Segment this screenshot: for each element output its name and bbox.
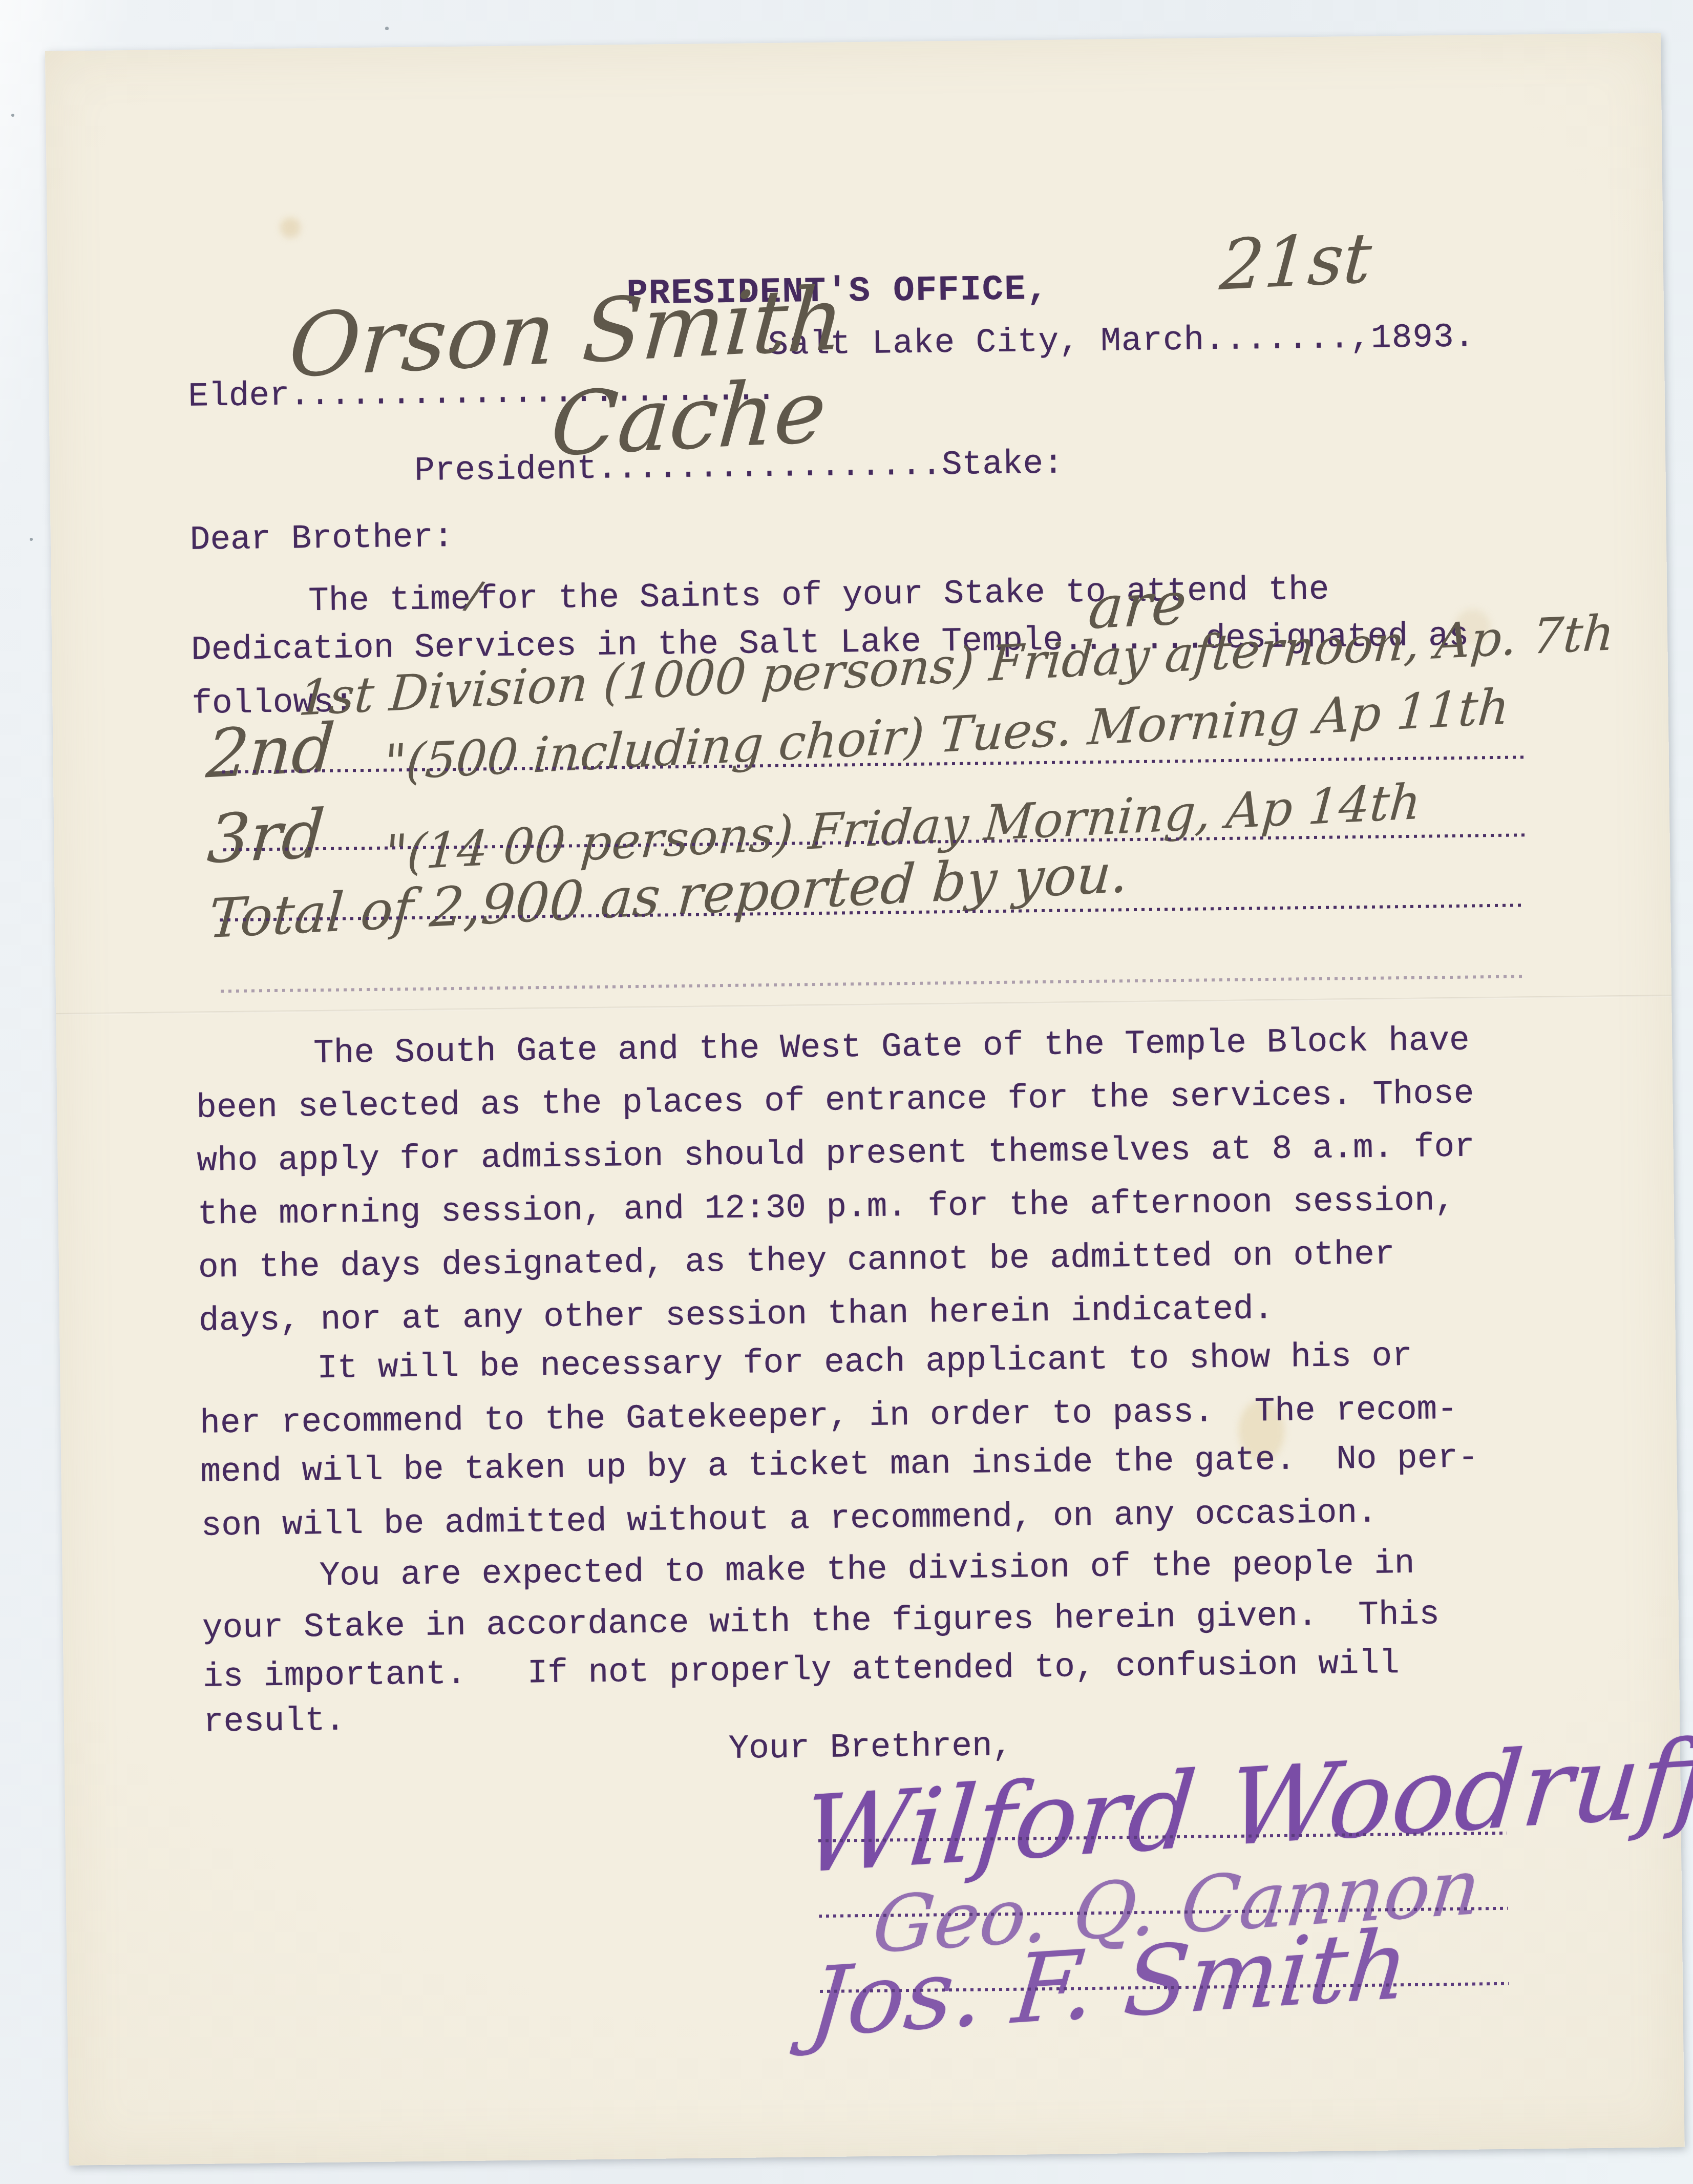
dateline-dots: .......	[1204, 319, 1350, 359]
handwritten-division-3-ordinal: 3rd	[205, 794, 327, 878]
body-p1-line: been selected as the places of entrance …	[196, 1074, 1474, 1127]
fold-crease	[56, 995, 1671, 1015]
letter-page: PRESIDENT'S OFFICE, Salt Lake City, Marc…	[45, 33, 1685, 2166]
closing: Your Brethren,	[728, 1727, 1012, 1769]
body-p1-line: days, nor at any other session than here…	[199, 1290, 1274, 1341]
body-p2-line: son will be admitted without a recommend…	[201, 1494, 1378, 1546]
paper-stain	[280, 217, 301, 238]
body-p1-line: who apply for admission should present t…	[197, 1127, 1475, 1181]
body-p1-line: the morning session, and 12:30 p.m. for …	[197, 1181, 1455, 1234]
body-p2-line: mend will be taken up by a ticket man in…	[200, 1438, 1478, 1492]
body-p3-line: You are expected to make the division of…	[319, 1544, 1414, 1595]
dust-speck	[30, 538, 33, 541]
body-p3-line: result.	[203, 1702, 346, 1742]
dateline: Salt Lake City, March.......,1893.	[768, 318, 1475, 365]
salutation: Dear Brother:	[189, 518, 454, 560]
body-p2-line: It will be necessary for each applicant …	[317, 1337, 1412, 1388]
body-p3-line: your Stake in accordance with the figure…	[202, 1595, 1440, 1648]
intro-line-1-pre: The time	[308, 580, 471, 621]
body-p1-line: The South Gate and the West Gate of the …	[313, 1021, 1470, 1073]
body-p1-line: on the days designated, as they cannot b…	[198, 1235, 1395, 1287]
scanned-letter-canvas: PRESIDENT'S OFFICE, Salt Lake City, Marc…	[0, 0, 1693, 2184]
dotted-divider-rule	[221, 975, 1524, 993]
dust-speck	[385, 27, 389, 30]
dateline-year: ,1893.	[1350, 318, 1475, 358]
handwritten-stake-name: Cache	[547, 361, 830, 476]
intro-line-1-post: for the Saints of your Stake to attend t…	[477, 571, 1329, 619]
handwritten-division-2-ordinal: 2nd	[204, 709, 337, 793]
elder-label: Elder	[188, 376, 290, 416]
stake-label: Stake:	[942, 444, 1064, 484]
dust-speck	[11, 114, 14, 117]
handwritten-day: 21st	[1217, 218, 1374, 306]
body-p3-line: is important. If not properly attended t…	[203, 1644, 1400, 1696]
